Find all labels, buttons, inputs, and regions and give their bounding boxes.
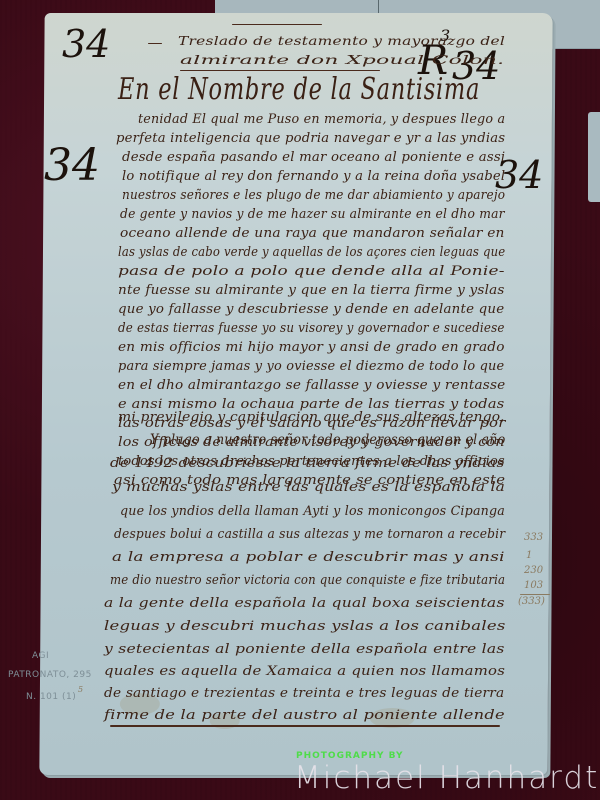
text-line: en el dho almirantazgo se fallasse y ovi… [118, 378, 505, 393]
text-line: tenidad El qual me Puso en memoria, y de… [138, 112, 505, 127]
manuscript-page [39, 13, 552, 775]
text-line: y muchas yslas entre las quales es la es… [112, 480, 505, 495]
text-line: nuestros señores e les plugo de me dar a… [122, 188, 505, 203]
archive-stamp-line: PATRONATO, 295 [8, 670, 92, 680]
folio-number-mid-left: 34 [44, 140, 100, 191]
text-line: me dio nuestro señor victoria con que co… [110, 573, 505, 588]
text-line: despues bolui a castilla a sus altezas y… [114, 527, 505, 542]
archive-stamp-line: AGI [32, 651, 49, 661]
margin-note: 230 [524, 565, 543, 576]
heading-underline [180, 70, 380, 71]
text-line: desde españa pasando el mar oceano al po… [122, 150, 505, 165]
closing-rule [110, 725, 500, 727]
text-line: para siempre jamas y yo oviesse el diezm… [118, 359, 504, 374]
heading-mark [148, 43, 162, 44]
text-line: de 1492 descubriesse la tierra firme de … [110, 456, 505, 471]
margin-note: 1 [526, 550, 532, 561]
margin-note: (333) [518, 596, 545, 607]
text-line: perfeta inteligencia que podria navegar … [116, 131, 505, 146]
text-line: que los yndios della llaman Ayti y los m… [120, 504, 505, 519]
heading-top-rule [232, 24, 322, 25]
text-line: nte fuesse su almirante y que en la tier… [118, 283, 505, 298]
archive-stamp-line: N. 101 (1) [26, 692, 76, 702]
text-line: leguas y descubri muchas yslas a los can… [104, 619, 506, 634]
text-line: que yo fallasse y descubriesse y dende e… [118, 302, 504, 317]
background-paper-scrap [588, 112, 600, 202]
text-line: a la empresa a poblar e descubrir mas y … [112, 550, 505, 565]
heading-line-2: almirante don Xpoual Colon. [180, 52, 504, 67]
text-line: firme de la parte del austro al poniente… [104, 708, 505, 723]
heading-line-1: Treslado de testamento y mayorazgo del [178, 33, 505, 48]
text-line: de estas tierras fuesse yo su visorey y … [118, 321, 505, 336]
text-line: pasa de polo a polo que dende alla al Po… [118, 264, 505, 279]
text-line: de gente y navios y de me hazer su almir… [120, 207, 505, 222]
text-line: en mis officios mi hijo mayor y ansi de … [118, 340, 505, 355]
text-line: quales es aquella de Xamaica a quien nos… [104, 664, 505, 679]
margin-note: 333 [524, 532, 543, 543]
text-line: a la gente della española la qual boxa s… [104, 596, 505, 611]
invocation-line: En el Nombre de la Santisima [118, 72, 480, 107]
text-line: de santiago e trezientas e treinta e tre… [104, 686, 504, 701]
text-line: Y plugo a nuestro señor todo poderosso q… [150, 432, 505, 448]
margin-note: 5 [78, 685, 83, 694]
folio-number-top-left: 34 [62, 22, 110, 66]
text-line: las yslas de cabo verde y aquellas de lo… [118, 245, 505, 260]
margin-sum-rule [520, 594, 550, 595]
text-line: lo notifique al rey don fernando y a la … [122, 169, 505, 184]
text-line: mi previlegio y capitulacion que de sus … [118, 410, 505, 425]
watermark-photographer-name: Michael Hanhardt [294, 760, 599, 796]
margin-note: 103 [524, 580, 543, 591]
text-line: oceano allende de una raya que mandaron … [120, 226, 505, 241]
text-line: y setecientas al poniente della española… [104, 642, 505, 657]
